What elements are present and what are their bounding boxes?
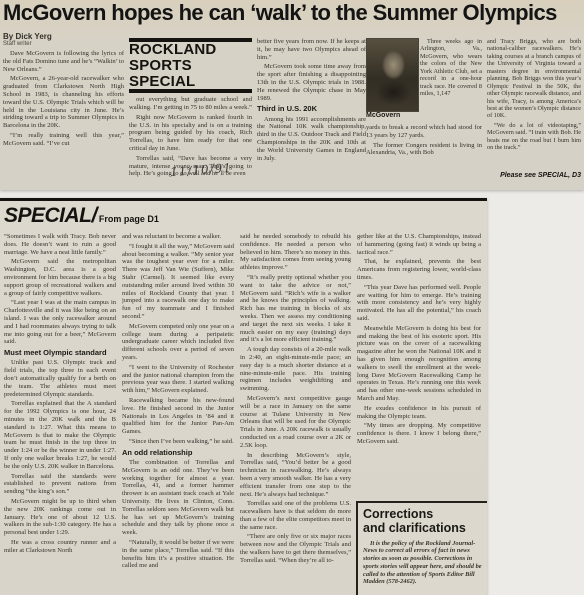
- slug-from-page: From page D1: [99, 214, 159, 224]
- bottom-column-3: said he needed somebody to rebuild his c…: [240, 233, 351, 593]
- headline: McGovern hopes he can ‘walk’ to the Summ…: [3, 0, 581, 26]
- paragraph: out everything but graduate school and w…: [129, 96, 252, 112]
- paragraph: McGovern took some time away from the sp…: [257, 63, 366, 102]
- bottom-column-2: and was reluctant to become a walker.“I …: [122, 233, 234, 593]
- top-column-5: and Tracy Briggs, who are both national-…: [487, 38, 581, 169]
- paragraph: “Last year I was at the main campus in C…: [4, 299, 116, 346]
- paragraph: “It’s really pretty optional whether you…: [240, 274, 351, 344]
- paragraph: “We do a lot of videotaping,” McGovern s…: [487, 122, 581, 152]
- paragraph: better five years from now. If he keeps …: [257, 38, 366, 61]
- paragraph: “Since then I’ve been walking,” he said.: [122, 438, 234, 446]
- bottom-column-1-text-a: “Sometimes I walk with Tracy. Bob never …: [4, 233, 116, 346]
- bottom-column-2-text-b: The combination of Torrellas and McGover…: [122, 459, 234, 570]
- paragraph: “I fought it all the way,” McGovern said…: [122, 243, 234, 321]
- byline: By Dick Yerg Staff writer: [3, 32, 52, 47]
- paragraph: The former Congers resident is living in…: [366, 142, 482, 158]
- paragraph: Among his 1991 accomplishments are the N…: [257, 116, 366, 163]
- rockland-sports-special-box: ROCKLAND SPORTS SPECIAL: [129, 38, 252, 93]
- paragraph: A tough day consists of a 20-mile walk i…: [240, 346, 351, 393]
- bottom-column-4: gether like at the U.S. Championships, i…: [357, 233, 481, 496]
- bottom-column-1: “Sometimes I walk with Tracy. Bob never …: [4, 233, 116, 593]
- top-article-clipping: McGovern hopes he can ‘walk’ to the Summ…: [0, 0, 584, 190]
- paragraph: gether like at the U.S. Championships, i…: [357, 233, 481, 256]
- paragraph: and was reluctant to become a walker.: [122, 233, 234, 241]
- photo-below-column: yards to break a record which had stood …: [366, 124, 482, 164]
- paragraph: and Tracy Briggs, who are both national-…: [487, 38, 581, 120]
- subhead-must-meet-olympic-standard: Must meet Olympic standard: [4, 349, 116, 357]
- paragraph: “My times are dropping. My competitive c…: [357, 422, 481, 445]
- paragraph: Torrellas said the standards were establ…: [4, 473, 116, 496]
- photo-side-column: Three weeks ago in Arlington, Va., McGov…: [420, 38, 482, 122]
- corrections-box: Corrections and clarifications It is the…: [356, 501, 487, 595]
- paragraph: He exudes confidence in his pursuit of m…: [357, 405, 481, 421]
- photo-caption: McGovern: [366, 112, 418, 119]
- box-rule-bottom: [129, 89, 252, 93]
- top-column-1: Dave McGovern is following the lyrics of…: [3, 50, 124, 188]
- paragraph: Dave McGovern is following the lyrics of…: [3, 50, 124, 73]
- top-column-3-text-a: better five years from now. If he keeps …: [257, 38, 366, 102]
- subhead-third-in-us-20k: Third in U.S. 20K: [257, 105, 366, 113]
- paragraph: McGovern’s next competitive gauge will b…: [240, 395, 351, 450]
- bottom-column-1-text-b: Unlike past U.S. Olympic track and field…: [4, 359, 116, 554]
- paragraph: Torrellas said one of the problems U.S. …: [240, 500, 351, 531]
- top-column-3-text-b: Among his 1991 accomplishments are the N…: [257, 116, 366, 163]
- paragraph: McGovern competed only one year on a col…: [122, 323, 234, 362]
- paragraph: said he needed somebody to rebuild his c…: [240, 233, 351, 272]
- paragraph: That, he explained, prevents the best Am…: [357, 258, 481, 281]
- paragraph: yards to break a record which had stood …: [366, 124, 482, 140]
- box-title-line1: ROCKLAND: [129, 42, 252, 58]
- paragraph: McGovern, a 26-year-old racewalker who g…: [3, 75, 124, 130]
- paragraph: “Sometimes I walk with Tracy. Bob never …: [4, 233, 116, 256]
- newspaper-scan: McGovern hopes he can ‘walk’ to the Summ…: [0, 0, 584, 595]
- corrections-title-line1: Corrections: [363, 507, 482, 521]
- top-column-3: better five years from now. If he keeps …: [257, 38, 366, 188]
- subhead-an-odd-relationship: An odd relationship: [122, 449, 234, 457]
- paragraph: McGovern said the metropolitan Washingto…: [4, 258, 116, 297]
- paragraph: The combination of Torrellas and McGover…: [122, 459, 234, 537]
- paragraph: Three weeks ago in Arlington, Va., McGov…: [420, 38, 482, 98]
- paragraph: Torrellas explained that the A standard …: [4, 400, 116, 470]
- paragraph: Unlike past U.S. Olympic track and field…: [4, 359, 116, 398]
- paragraph: “Naturally, it would be better if we wer…: [122, 539, 234, 570]
- paragraph: “I’m really training well this year,” Mc…: [3, 132, 124, 148]
- corrections-body: It is the policy of the Rockland Journal…: [363, 540, 482, 586]
- paragraph: McGovern might be up to third when the n…: [4, 498, 116, 537]
- byline-author: By Dick Yerg: [3, 32, 52, 41]
- mcgovern-photo: [366, 38, 419, 112]
- byline-title: Staff writer: [3, 41, 52, 47]
- slugline: SPECIAL/From page D1: [4, 204, 159, 228]
- paragraph: “I went to the University of Rochester a…: [122, 364, 234, 395]
- paragraph: Right now McGovern is ranked fourth in t…: [129, 114, 252, 153]
- slug-special: SPECIAL/: [4, 204, 97, 227]
- paragraph: He was a cross country runner and a mile…: [4, 539, 116, 555]
- bottom-column-2-text-a: and was reluctant to become a walker.“I …: [122, 233, 234, 446]
- paragraph: Racewalking became his new-found love. H…: [122, 397, 234, 436]
- paragraph: In describing McGovern’s style, Torrella…: [240, 452, 351, 499]
- continuation-line: Please see SPECIAL, D3: [487, 172, 581, 179]
- continuation-article-clipping: SPECIAL/From page D1 “Sometimes I walk w…: [0, 198, 487, 595]
- paragraph: Meanwhile McGovern is doing his best for…: [357, 325, 481, 403]
- box-title-line2: SPORTS SPECIAL: [129, 58, 252, 90]
- corrections-title-line2: and clarifications: [363, 521, 482, 535]
- paragraph: “This year Dave has performed well. Peop…: [357, 284, 481, 323]
- paragraph: “There are only five or six major races …: [240, 533, 351, 564]
